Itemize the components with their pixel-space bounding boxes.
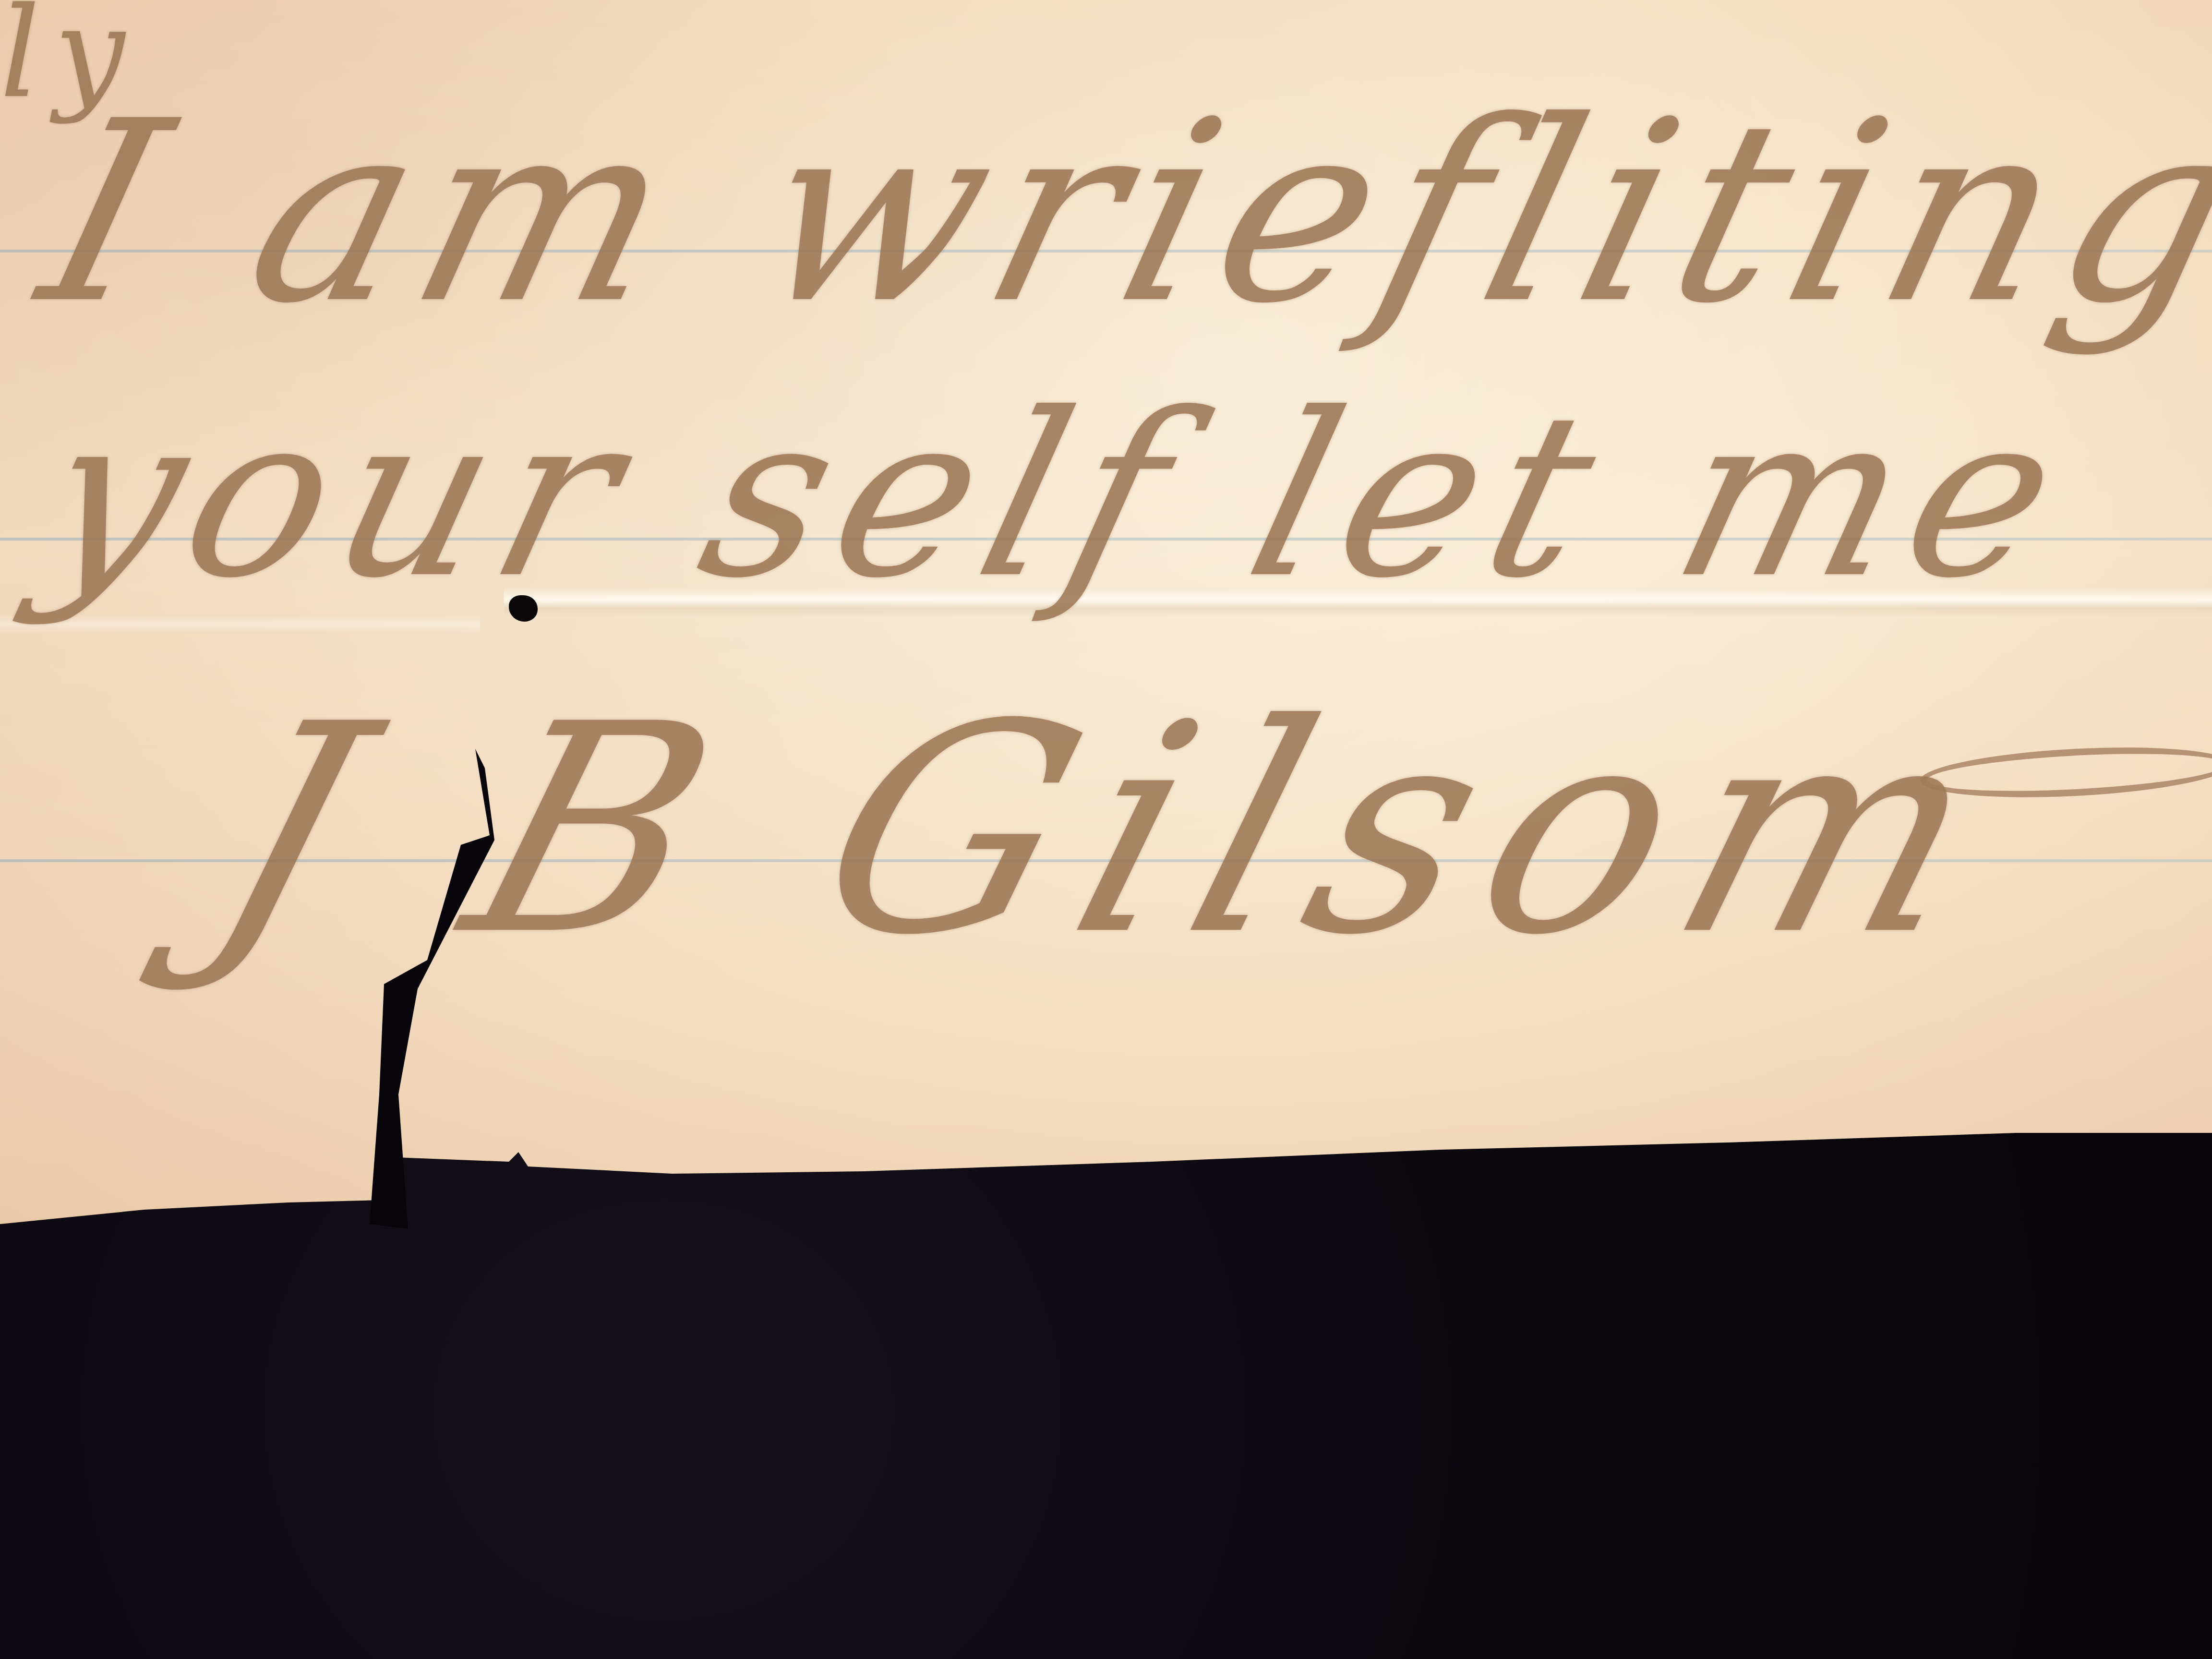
handwritten-line-1: I am wriefliting th [19,67,2212,358]
photo-scene: ly I am wriefliting th your self let me … [0,0,2212,1659]
handwritten-line-2: your self let me [19,365,2095,627]
signature: J B Gilsom [182,662,2037,998]
letter-paper: ly I am wriefliting th your self let me … [0,0,2212,1229]
